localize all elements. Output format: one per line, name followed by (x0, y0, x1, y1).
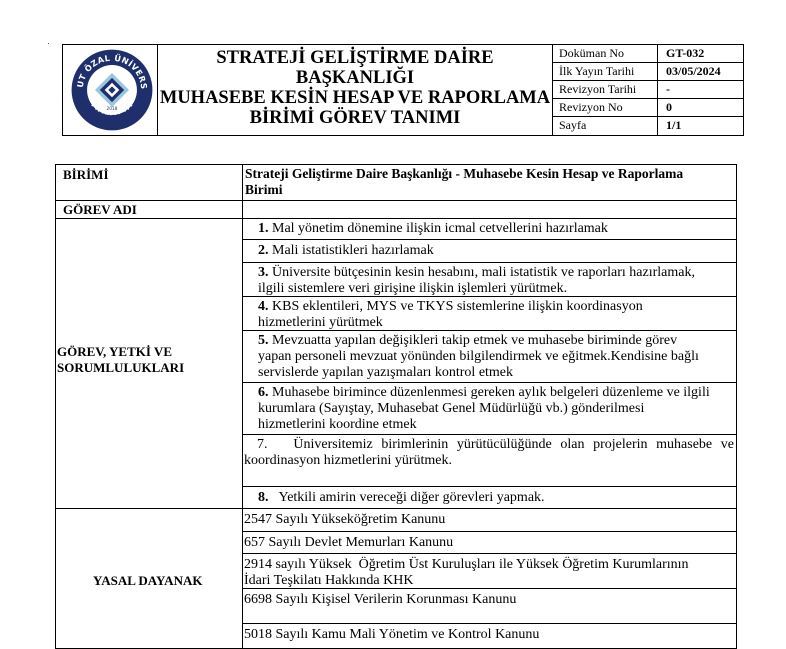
job-description-table: BİRİMİ Strateji Geliştirme Daire Başkanl… (55, 164, 737, 649)
legal-item: 657 Sayılı Devlet Memurları Kanunu (244, 535, 453, 551)
duty-text: hizmetlerini koordine etmek (258, 417, 710, 433)
legal-item: 6698 Sayılı Kişisel Verilerin Korunması … (244, 592, 516, 608)
duty-number: 2. (258, 243, 269, 258)
duty-item-7: 7. Üniversitemiz birimlerinin yürütücülü… (244, 437, 734, 469)
duty-text: kurumlara (Sayıştay, Muhasebat Genel Müd… (258, 401, 710, 417)
svg-text:2018: 2018 (107, 106, 118, 112)
meta-value: 03/05/2024 (658, 63, 743, 81)
meta-value: 0 (658, 99, 743, 117)
title-line: MUHASEBE KESİN HESAP VE RAPORLAMA (158, 88, 552, 108)
duty-text: Üniversitemiz birimlerinin yürütücülüğün… (293, 437, 734, 452)
document-meta-table: Doküman No GT-032 İlk Yayın Tarihi 03/05… (553, 45, 743, 135)
meta-row-first-publish-date: İlk Yayın Tarihi 03/05/2024 (553, 63, 743, 81)
meta-label: Revizyon Tarihi (553, 81, 658, 99)
duty-number: 6. (258, 385, 269, 400)
duty-text: Muhasebe birimince düzenlenmesi gereken … (272, 385, 710, 400)
unit-value-line: Birimi (245, 182, 683, 198)
duty-number: 5. (258, 333, 269, 348)
title-line: STRATEJİ GELİŞTİRME DAİRE (158, 48, 552, 68)
meta-row-revision-date: Revizyon Tarihi - (553, 81, 743, 99)
duty-item-1: 1. Mal yönetim dönemine ilişkin icmal ce… (258, 221, 608, 237)
title-line: BİRİMİ GÖREV TANIMI (158, 108, 552, 128)
legal-item-line: 2914 sayılı Yüksek Öğretim Üst Kuruluşla… (244, 557, 689, 573)
meta-label: Revizyon No (553, 99, 658, 117)
meta-value: 1/1 (658, 117, 743, 135)
meta-row-revision-no: Revizyon No 0 (553, 99, 743, 117)
university-logo-icon: TURGUT ÖZAL ÜNİVERSİTESİ MALATYA 2018 (69, 47, 155, 133)
duty-item-2: 2. Mali istatistikleri hazırlamak (258, 243, 434, 259)
duty-text: Mal yönetim dönemine ilişkin icmal cetve… (272, 221, 608, 236)
duty-number: 7. (257, 437, 268, 452)
duty-item-6: 6. Muhasebe birimince düzenlenmesi gerek… (258, 385, 710, 433)
duty-item-8: 8. Yetkili amirin vereceği diğer görevle… (258, 490, 545, 506)
duty-item-4: 4. KBS eklentileri, MYS ve TKYS sistemle… (258, 299, 643, 331)
duties-label: GÖREV, YETKİ VE SORUMLULUKLARI (57, 344, 184, 376)
document-title: STRATEJİ GELİŞTİRME DAİRE BAŞKANLIĞI MUH… (158, 45, 553, 135)
unit-label: BİRİMİ (63, 167, 109, 183)
duty-text: hizmetlerini yürütmek (258, 315, 643, 331)
unit-value-line: Strateji Geliştirme Daire Başkanlığı - M… (245, 166, 683, 182)
duties-label-line: SORUMLULUKLARI (57, 360, 184, 376)
duty-text: Üniversite bütçesinin kesin hesabını, ma… (272, 265, 695, 280)
duty-number: 3. (258, 265, 269, 280)
duties-label-line: GÖREV, YETKİ VE (57, 344, 184, 360)
duty-item-5: 5. Mevzuatta yapılan değişikleri takip e… (258, 333, 699, 381)
title-line: BAŞKANLIĞI (158, 68, 552, 88)
document-header: TURGUT ÖZAL ÜNİVERSİTESİ MALATYA 2018 ST… (62, 44, 744, 136)
legal-item-line: İdari Teşkilatı Hakkında KHK (244, 573, 689, 589)
duty-text: servislerde yapılan yazışmaları kontrol … (258, 365, 699, 381)
meta-label: Doküman No (553, 45, 658, 63)
duty-text: yapan personeli mevzuat yönünden bilgile… (258, 349, 699, 365)
duty-number: 8. (258, 490, 269, 505)
stray-dot (48, 43, 49, 44)
duty-text: Yetkili amirin vereceği diğer görevleri … (278, 490, 544, 505)
meta-row-document-no: Doküman No GT-032 (553, 45, 743, 63)
legal-item: 2547 Sayılı Yükseköğretim Kanunu (244, 512, 445, 528)
meta-value: GT-032 (658, 45, 743, 63)
duty-number: 1. (258, 221, 269, 236)
duty-item-3: 3. Üniversite bütçesinin kesin hesabını,… (258, 265, 695, 297)
duty-text: koordinasyon hizmetlerini yürütmek. (244, 453, 734, 469)
meta-label: Sayfa (553, 117, 658, 135)
legal-basis-label: YASAL DAYANAK (93, 573, 202, 589)
unit-value: Strateji Geliştirme Daire Başkanlığı - M… (245, 166, 683, 198)
duty-number: 4. (258, 299, 269, 314)
duty-text: Mali istatistikleri hazırlamak (272, 243, 434, 258)
duty-text: KBS eklentileri, MYS ve TKYS sistemlerin… (272, 299, 643, 314)
meta-row-page: Sayfa 1/1 (553, 117, 743, 135)
duty-text: ilgili sistemlere veri girişine ilişkin … (258, 281, 695, 297)
meta-label: İlk Yayın Tarihi (553, 63, 658, 81)
logo-cell: TURGUT ÖZAL ÜNİVERSİTESİ MALATYA 2018 (63, 45, 158, 135)
legal-item: 2914 sayılı Yüksek Öğretim Üst Kuruluşla… (244, 557, 689, 589)
task-name-label: GÖREV ADI (63, 202, 137, 218)
duty-text: Mevzuatta yapılan değişikleri takip etme… (272, 333, 677, 348)
legal-item: 5018 Sayılı Kamu Mali Yönetim ve Kontrol… (244, 627, 539, 643)
meta-value: - (658, 81, 743, 99)
